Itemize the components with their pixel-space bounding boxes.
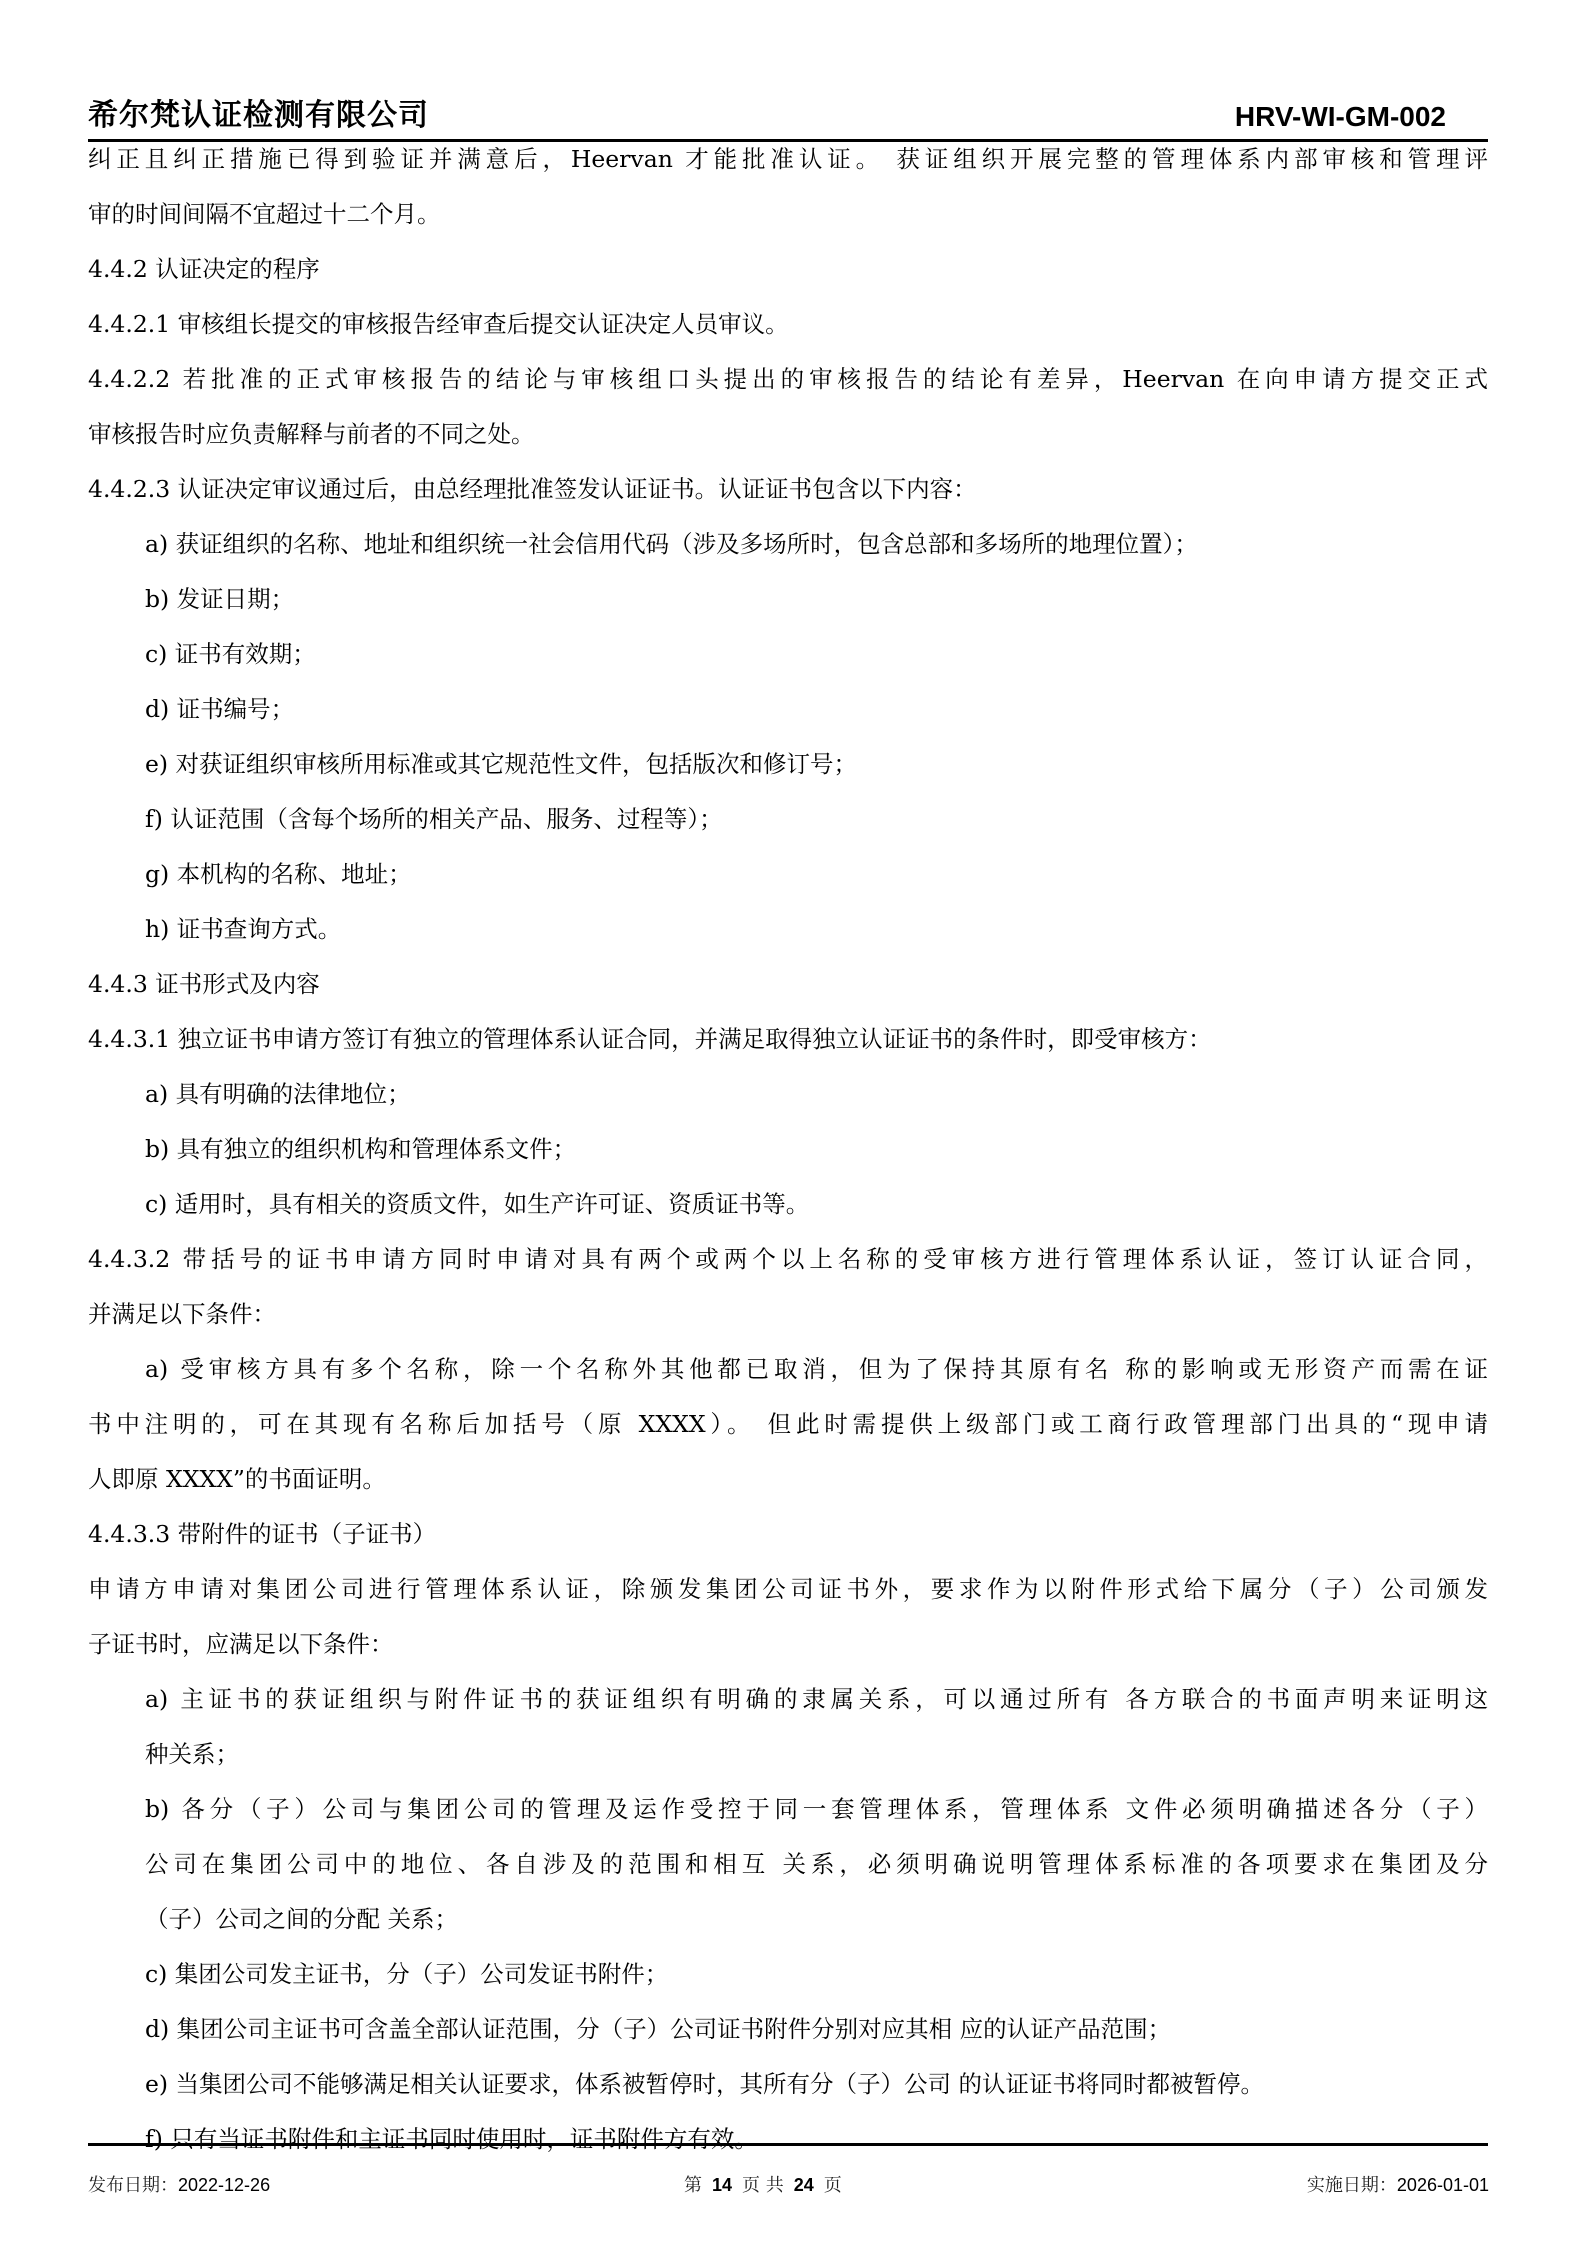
body-text-line: f) 只有当证书附件和主证书同时使用时，证书附件方有效。 bbox=[88, 2121, 1488, 2176]
body-text-line: a) 主证书的获证组织与附件证书的获证组织有明确的隶属关系，可以通过所有 各方联… bbox=[88, 1681, 1488, 1736]
body-text-line: 审核报告时应负责解释与前者的不同之处。 bbox=[88, 416, 1488, 471]
body-text-line: h) 证书查询方式。 bbox=[88, 911, 1488, 966]
body-text-line: 审的时间间隔不宜超过十二个月。 bbox=[88, 196, 1488, 251]
body-text-line: （子）公司之间的分配 关系； bbox=[88, 1901, 1488, 1956]
body-text-line: c) 证书有效期； bbox=[88, 636, 1488, 691]
issue-date-label: 发布日期： bbox=[88, 2175, 178, 2196]
body-text-line: 种关系； bbox=[88, 1736, 1488, 1791]
body-text-line: 4.4.3.3 带附件的证书（子证书） bbox=[88, 1516, 1488, 1571]
page-total: 24 bbox=[794, 2175, 814, 2195]
page-current: 14 bbox=[712, 2175, 732, 2195]
page-suffix: 页 bbox=[824, 2175, 842, 2196]
body-text-line: e) 当集团公司不能够满足相关认证要求，体系被暂停时，其所有分（子）公司 的认证… bbox=[88, 2066, 1488, 2121]
body-text-line: a) 具有明确的法律地位； bbox=[88, 1076, 1488, 1131]
body-text-line: g) 本机构的名称、地址； bbox=[88, 856, 1488, 911]
body-text-line: 4.4.3.2 带括号的证书申请方同时申请对具有两个或两个以上名称的受审核方进行… bbox=[88, 1241, 1488, 1296]
body-text-line: a) 获证组织的名称、地址和组织统一社会信用代码（涉及多场所时，包含总部和多场所… bbox=[88, 526, 1488, 581]
body-text-line: 公司在集团公司中的地位、各自涉及的范围和相互 关系，必须明确说明管理体系标准的各… bbox=[88, 1846, 1488, 1901]
body-text-line: 4.4.3 证书形式及内容 bbox=[88, 966, 1488, 1021]
body-text-line: 4.4.2.2 若批准的正式审核报告的结论与审核组口头提出的审核报告的结论有差异… bbox=[88, 361, 1488, 416]
body-text-line: f) 认证范围（含每个场所的相关产品、服务、过程等）； bbox=[88, 801, 1488, 856]
body-text-line: 子证书时，应满足以下条件： bbox=[88, 1626, 1488, 1681]
body-text-line: d) 集团公司主证书可含盖全部认证范围，分（子）公司证书附件分别对应其相 应的认… bbox=[88, 2011, 1488, 2066]
header-company-name: 希尔梵认证检测有限公司 bbox=[88, 98, 429, 134]
effective-date-label: 实施日期： bbox=[1307, 2175, 1397, 2196]
page-prefix: 第 bbox=[684, 2175, 702, 2196]
body-text-line: d) 证书编号； bbox=[88, 691, 1488, 746]
body-text-line: 纠正且纠正措施已得到验证并满意后，Heervan 才能批准认证。 获证组织开展完… bbox=[88, 141, 1488, 196]
page-mid: 页 共 bbox=[742, 2175, 784, 2196]
body-text-line: 4.4.2.1 审核组长提交的审核报告经审查后提交认证决定人员审议。 bbox=[88, 306, 1488, 361]
footer-page-number: 第14页 共24页 bbox=[684, 2172, 842, 2199]
body-text-line: c) 集团公司发主证书，分（子）公司发证书附件； bbox=[88, 1956, 1488, 2011]
document-body: 纠正且纠正措施已得到验证并满意后，Heervan 才能批准认证。 获证组织开展完… bbox=[88, 141, 1488, 2176]
issue-date-value: 2022-12-26 bbox=[178, 2175, 270, 2195]
body-text-line: 人即原 XXXX”的书面证明。 bbox=[88, 1461, 1488, 1516]
document-page: 希尔梵认证检测有限公司 HRV-WI-GM-002 纠正且纠正措施已得到验证并满… bbox=[0, 0, 1589, 2245]
body-text-line: 并满足以下条件： bbox=[88, 1296, 1488, 1351]
body-text-line: 4.4.2 认证决定的程序 bbox=[88, 251, 1488, 306]
body-text-line: a) 受审核方具有多个名称，除一个名称外其他都已取消，但为了保持其原有名 称的影… bbox=[88, 1351, 1488, 1406]
body-text-line: b) 发证日期； bbox=[88, 581, 1488, 636]
body-text-line: b) 具有独立的组织机构和管理体系文件； bbox=[88, 1131, 1488, 1186]
footer-issue-date: 发布日期：2022-12-26 bbox=[88, 2172, 270, 2199]
body-text-line: 书中注明的，可在其现有名称后加括号（原 XXXX）。 但此时需提供上级部门或工商… bbox=[88, 1406, 1488, 1461]
body-text-line: 4.4.3.1 独立证书申请方签订有独立的管理体系认证合同，并满足取得独立认证证… bbox=[88, 1021, 1488, 1076]
body-text-line: c) 适用时，具有相关的资质文件，如生产许可证、资质证书等。 bbox=[88, 1186, 1488, 1241]
body-text-line: 申请方申请对集团公司进行管理体系认证，除颁发集团公司证书外，要求作为以附件形式给… bbox=[88, 1571, 1488, 1626]
footer-rule bbox=[88, 2143, 1488, 2146]
header-document-code: HRV-WI-GM-002 bbox=[1235, 99, 1446, 135]
body-text-line: b) 各分（子）公司与集团公司的管理及运作受控于同一套管理体系，管理体系 文件必… bbox=[88, 1791, 1488, 1846]
body-text-line: 4.4.2.3 认证决定审议通过后，由总经理批准签发认证证书。认证证书包含以下内… bbox=[88, 471, 1488, 526]
body-text-line: e) 对获证组织审核所用标准或其它规范性文件，包括版次和修订号； bbox=[88, 746, 1488, 801]
effective-date-value: 2026-01-01 bbox=[1397, 2175, 1489, 2195]
footer-effective-date: 实施日期：2026-01-01 bbox=[1307, 2172, 1489, 2199]
